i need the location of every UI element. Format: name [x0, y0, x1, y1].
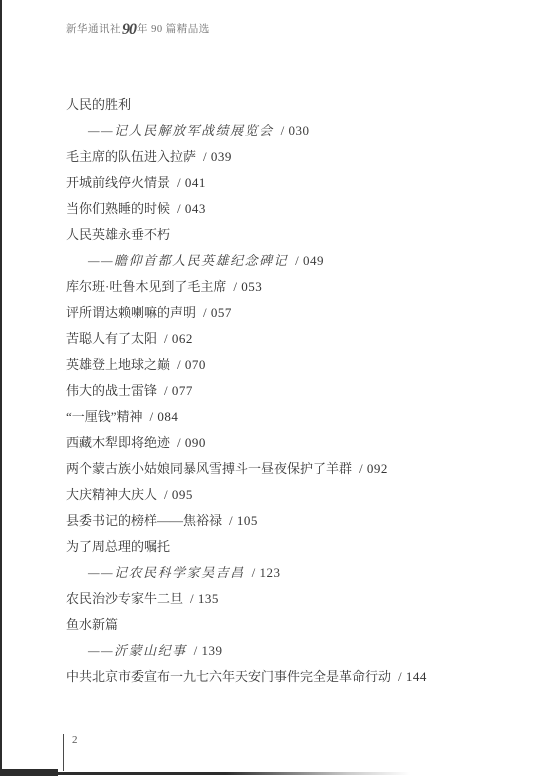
toc-entry-page: / 043 — [177, 201, 206, 216]
toc-entry-page: / 041 — [177, 175, 206, 190]
toc-entry-title: 鱼水新篇 — [66, 617, 118, 632]
running-header: 新华通讯社90年 90 篇精品选 — [66, 21, 210, 39]
toc-entry: ——记农民科学家吴吉昌/ 123 — [0, 560, 552, 586]
toc-entry: 中共北京市委宣布一九七六年天安门事件完全是革命行动/ 144 — [0, 664, 552, 690]
toc-entry-title: 英雄登上地球之巅 — [66, 357, 170, 372]
toc-entry-page: / 095 — [164, 487, 193, 502]
toc-entry-title: 评所谓达赖喇嘛的声明 — [66, 305, 196, 320]
toc-entry-page: / 053 — [233, 279, 262, 294]
toc-entry: 人民英雄永垂不朽 — [0, 222, 552, 248]
toc-entry: “一厘钱”精神/ 084 — [0, 404, 552, 430]
toc-entry-title: 开城前线停火情景 — [66, 175, 170, 190]
toc-entry-title: 毛主席的队伍进入拉萨 — [66, 149, 196, 164]
toc-entry-title: 中共北京市委宣布一九七六年天安门事件完全是革命行动 — [66, 669, 391, 684]
page-footer: 2 — [63, 734, 78, 771]
toc-entry-page: / 144 — [398, 669, 427, 684]
toc-entry-title: ——瞻仰首都人民英雄纪念碑记 — [88, 253, 288, 268]
toc-entry-page: / 123 — [252, 565, 281, 580]
toc-entry-title: 人民英雄永垂不朽 — [66, 227, 170, 242]
toc-entry-page: / 092 — [359, 461, 388, 476]
toc-entry-title: 两个蒙古族小姑娘同暴风雪搏斗一昼夜保护了羊群 — [66, 461, 352, 476]
toc-entry: 当你们熟睡的时候/ 043 — [0, 196, 552, 222]
toc-entry-title: ——记人民解放军战绩展览会 — [88, 123, 274, 138]
toc-entry: 人民的胜利 — [0, 92, 552, 118]
toc-entry: 评所谓达赖喇嘛的声明/ 057 — [0, 300, 552, 326]
toc-entry: 伟大的战士雷锋/ 077 — [0, 378, 552, 404]
toc-entry-page: / 077 — [164, 383, 193, 398]
toc-entry-page: / 135 — [190, 591, 219, 606]
toc-entry-title: ——沂蒙山纪事 — [88, 643, 187, 658]
toc-list: 人民的胜利——记人民解放军战绩展览会/ 030毛主席的队伍进入拉萨/ 039开城… — [0, 92, 552, 690]
page-scan-bottom-edge — [0, 772, 410, 775]
toc-entry-page: / 105 — [229, 513, 258, 528]
folio-page-number: 2 — [72, 734, 78, 747]
page-scan-bottom-corner — [0, 769, 58, 776]
toc-entry-title: 伟大的战士雷锋 — [66, 383, 157, 398]
toc-entry: 鱼水新篇 — [0, 612, 552, 638]
book-page: 新华通讯社90年 90 篇精品选 人民的胜利——记人民解放军战绩展览会/ 030… — [0, 0, 552, 776]
toc-entry-page: / 090 — [177, 435, 206, 450]
toc-entry-title: 人民的胜利 — [66, 97, 131, 112]
toc-entry-page: / 139 — [194, 643, 223, 658]
toc-entry-page: / 070 — [177, 357, 206, 372]
toc-entry-page: / 039 — [203, 149, 232, 164]
toc-entry: 两个蒙古族小姑娘同暴风雪搏斗一昼夜保护了羊群/ 092 — [0, 456, 552, 482]
toc-entry-title: 为了周总理的嘱托 — [66, 539, 170, 554]
anniversary-90-logo: 90 — [122, 21, 136, 39]
toc-entry-title: 西藏木犁即将绝迹 — [66, 435, 170, 450]
toc-entry-page: / 062 — [164, 331, 193, 346]
running-header-prefix: 新华通讯社 — [66, 24, 121, 35]
toc-entry-page: / 084 — [150, 409, 179, 424]
toc-entry-title: 县委书记的榜样——焦裕禄 — [66, 513, 222, 528]
toc-entry: 开城前线停火情景/ 041 — [0, 170, 552, 196]
toc-entry-title: 当你们熟睡的时候 — [66, 201, 170, 216]
toc-entry: ——瞻仰首都人民英雄纪念碑记/ 049 — [0, 248, 552, 274]
toc-entry-page: / 030 — [281, 123, 310, 138]
toc-entry: 苦聪人有了太阳/ 062 — [0, 326, 552, 352]
toc-entry: 毛主席的队伍进入拉萨/ 039 — [0, 144, 552, 170]
toc-entry-title: 苦聪人有了太阳 — [66, 331, 157, 346]
toc-entry-page: / 049 — [295, 253, 324, 268]
toc-entry-title: ——记农民科学家吴吉昌 — [88, 565, 245, 580]
toc-entry: 大庆精神大庆人/ 095 — [0, 482, 552, 508]
toc-entry-page: / 057 — [203, 305, 232, 320]
toc-entry-title: 大庆精神大庆人 — [66, 487, 157, 502]
toc-entry: 西藏木犁即将绝迹/ 090 — [0, 430, 552, 456]
toc-entry: 英雄登上地球之巅/ 070 — [0, 352, 552, 378]
running-header-suffix: 年 90 篇精品选 — [137, 24, 210, 35]
toc-entry-title: 库尔班·吐鲁木见到了毛主席 — [66, 279, 226, 294]
toc-entry-title: 农民治沙专家牛二旦 — [66, 591, 183, 606]
toc-entry: 县委书记的榜样——焦裕禄/ 105 — [0, 508, 552, 534]
toc-entry: ——记人民解放军战绩展览会/ 030 — [0, 118, 552, 144]
toc-entry: 库尔班·吐鲁木见到了毛主席/ 053 — [0, 274, 552, 300]
toc-entry-title: “一厘钱”精神 — [66, 409, 143, 424]
toc-entry: ——沂蒙山纪事/ 139 — [0, 638, 552, 664]
toc-entry: 为了周总理的嘱托 — [0, 534, 552, 560]
toc-entry: 农民治沙专家牛二旦/ 135 — [0, 586, 552, 612]
